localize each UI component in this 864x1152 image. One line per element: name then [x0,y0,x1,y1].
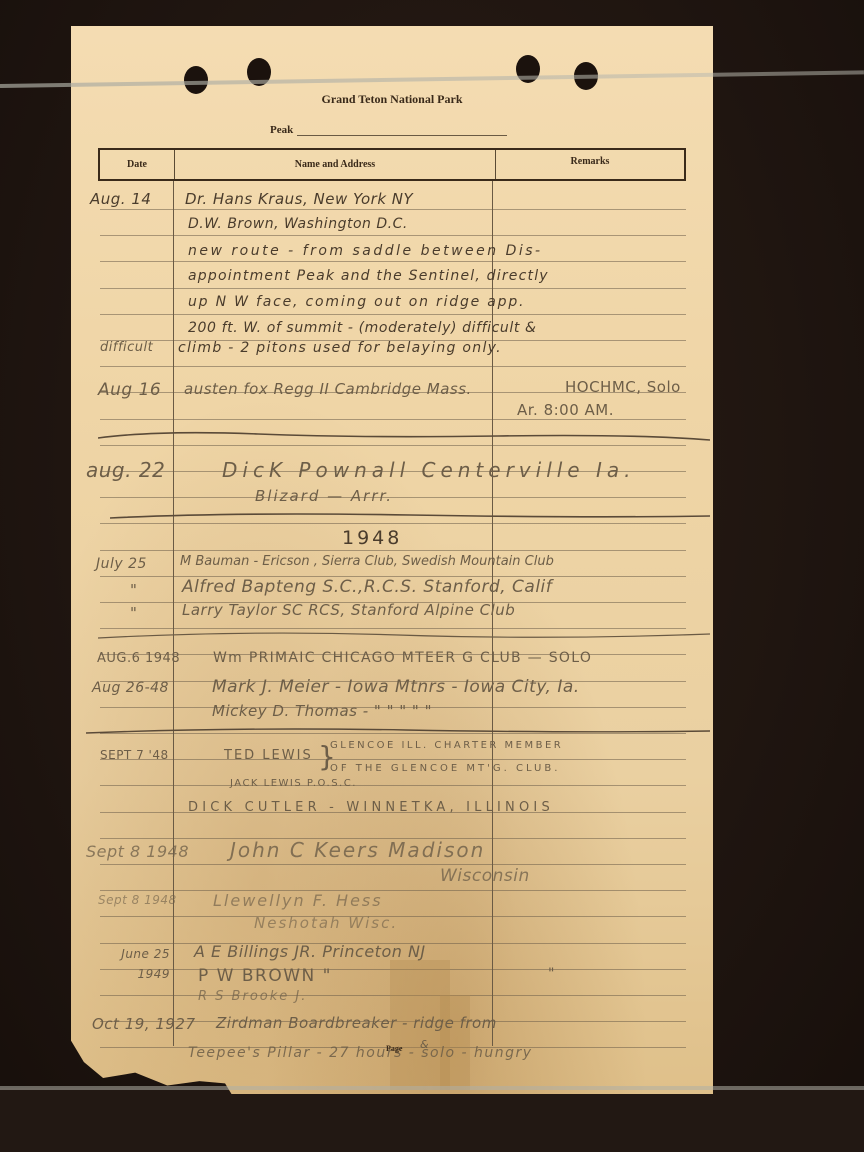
separator-stroke [110,510,710,522]
ruled-line [100,523,686,524]
entry-date: Aug 26-48 [92,680,169,696]
glass-reflection-line [0,1086,864,1090]
entry-margin-note: difficult [100,340,153,355]
entry-line: appointment Peak and the Sentinel, direc… [188,268,549,284]
ruled-line [100,261,686,262]
entry-date: June 25 1949 [100,944,170,984]
separator-stroke [86,725,710,737]
entry-line: Teepee's Pillar - 27 hours - solo - hung… [188,1045,533,1061]
entry-line: Mark J. Meier - Iowa Mtnrs - Iowa City, … [212,677,580,697]
ruled-line [100,445,686,446]
ruled-line [100,419,686,420]
page-number-handwritten: & [420,1038,429,1051]
entry-line: John C Keers Madison [230,838,485,862]
entry-line: R S Brooke J. [198,989,307,1004]
entry-date: July 25 [96,556,147,572]
document-title: Grand Teton National Park [71,92,713,107]
entry-line: climb - 2 pitons used for belaying only. [178,340,502,356]
page-label: Page [386,1044,402,1053]
ruled-line [100,209,686,210]
ruled-line [100,864,686,865]
peak-field: Peak [270,124,507,136]
entry-date: " [130,581,137,599]
column-header-name-address: Name and Address [175,150,496,179]
entry-date: " [130,604,137,622]
ruled-line [100,628,686,629]
ruled-line [100,759,686,760]
year-heading: 1948 [342,527,402,549]
entry-line: Larry Taylor SC RCS, Stanford Alpine Clu… [182,601,515,619]
ruled-line [100,235,686,236]
entry-line: Dr. Hans Kraus, New York NY [185,190,413,208]
ruled-line [100,550,686,551]
entry-remark: OF THE GLENCOE MT'G. CLUB. [330,763,560,774]
entry-date: aug. 22 [86,458,165,482]
column-header-date: Date [100,150,175,179]
entry-date: AUG.6 1948 [97,651,180,666]
entry-line: DicK Pownall Centerville Ia. [222,458,635,482]
entry-line: Llewellyn F. Hess [213,891,383,910]
entry-date: Sept 8 1948 [86,842,189,861]
entry-line: up N W face, coming out on ridge app. [188,294,525,310]
peak-label: Peak [270,124,293,136]
entry-line: A E Billings JR. Princeton NJ [194,942,426,961]
entry-line: D.W. Brown, Washington D.C. [188,216,408,232]
entry-line: austen fox Regg II Cambridge Mass. [184,380,472,398]
entry-line: Wisconsin [440,866,530,886]
ruled-line [100,785,686,786]
entry-line: 200 ft. W. of summit - (moderately) diff… [188,320,537,336]
entry-line: Blizard — Arrr. [255,487,393,505]
separator-stroke [98,430,710,442]
entry-line: Zirdman Boardbreaker - ridge from [216,1014,497,1032]
ruled-line [100,288,686,289]
entry-line: M Bauman - Ericson , Sierra Club, Swedis… [180,554,554,569]
dark-background-lower [0,1088,864,1152]
ruled-line [100,314,686,315]
entry-line: TED LEWIS [224,748,313,763]
column-header-remarks: Remarks [496,150,684,179]
entry-date: Oct 19, 1927 [92,1015,196,1033]
entry-remark: HOCHMC, Solo [565,378,681,396]
entry-line: Wm PRIMAIC CHICAGO MTEER G CLUB — SOLO [213,650,592,666]
entry-line: new route - from saddle between Dis- [188,243,543,259]
entry-remark: " [548,966,555,982]
ruled-line [100,890,686,891]
entry-line: DICK CUTLER - WINNETKA, ILLINOIS [188,800,554,815]
tape-stain [440,995,470,1090]
table-header: Date Name and Address Remarks [98,148,686,181]
entry-date: Sept 8 1948 [98,893,177,907]
entry-date: Aug. 14 [90,190,151,208]
separator-stroke [98,630,710,642]
entry-line: Neshotah Wisc. [254,914,398,932]
entry-line: JACK LEWIS P.O.S.C. [230,778,357,789]
entry-line: Alfred Bapteng S.C.,R.C.S. Stanford, Cal… [182,577,552,597]
ruled-line [100,366,686,367]
entry-date: Aug 16 [98,380,161,400]
entry-date: SEPT 7 '48 [100,748,169,762]
peak-blank-line [297,125,507,136]
entry-line: P W BROWN " [198,966,332,986]
entry-remark: Ar. 8:00 AM. [517,401,614,419]
entry-remark: GLENCOE ILL. CHARTER MEMBER [330,740,563,751]
entry-line: Mickey D. Thomas - " " " " " [212,702,432,720]
column-divider [173,181,174,1046]
